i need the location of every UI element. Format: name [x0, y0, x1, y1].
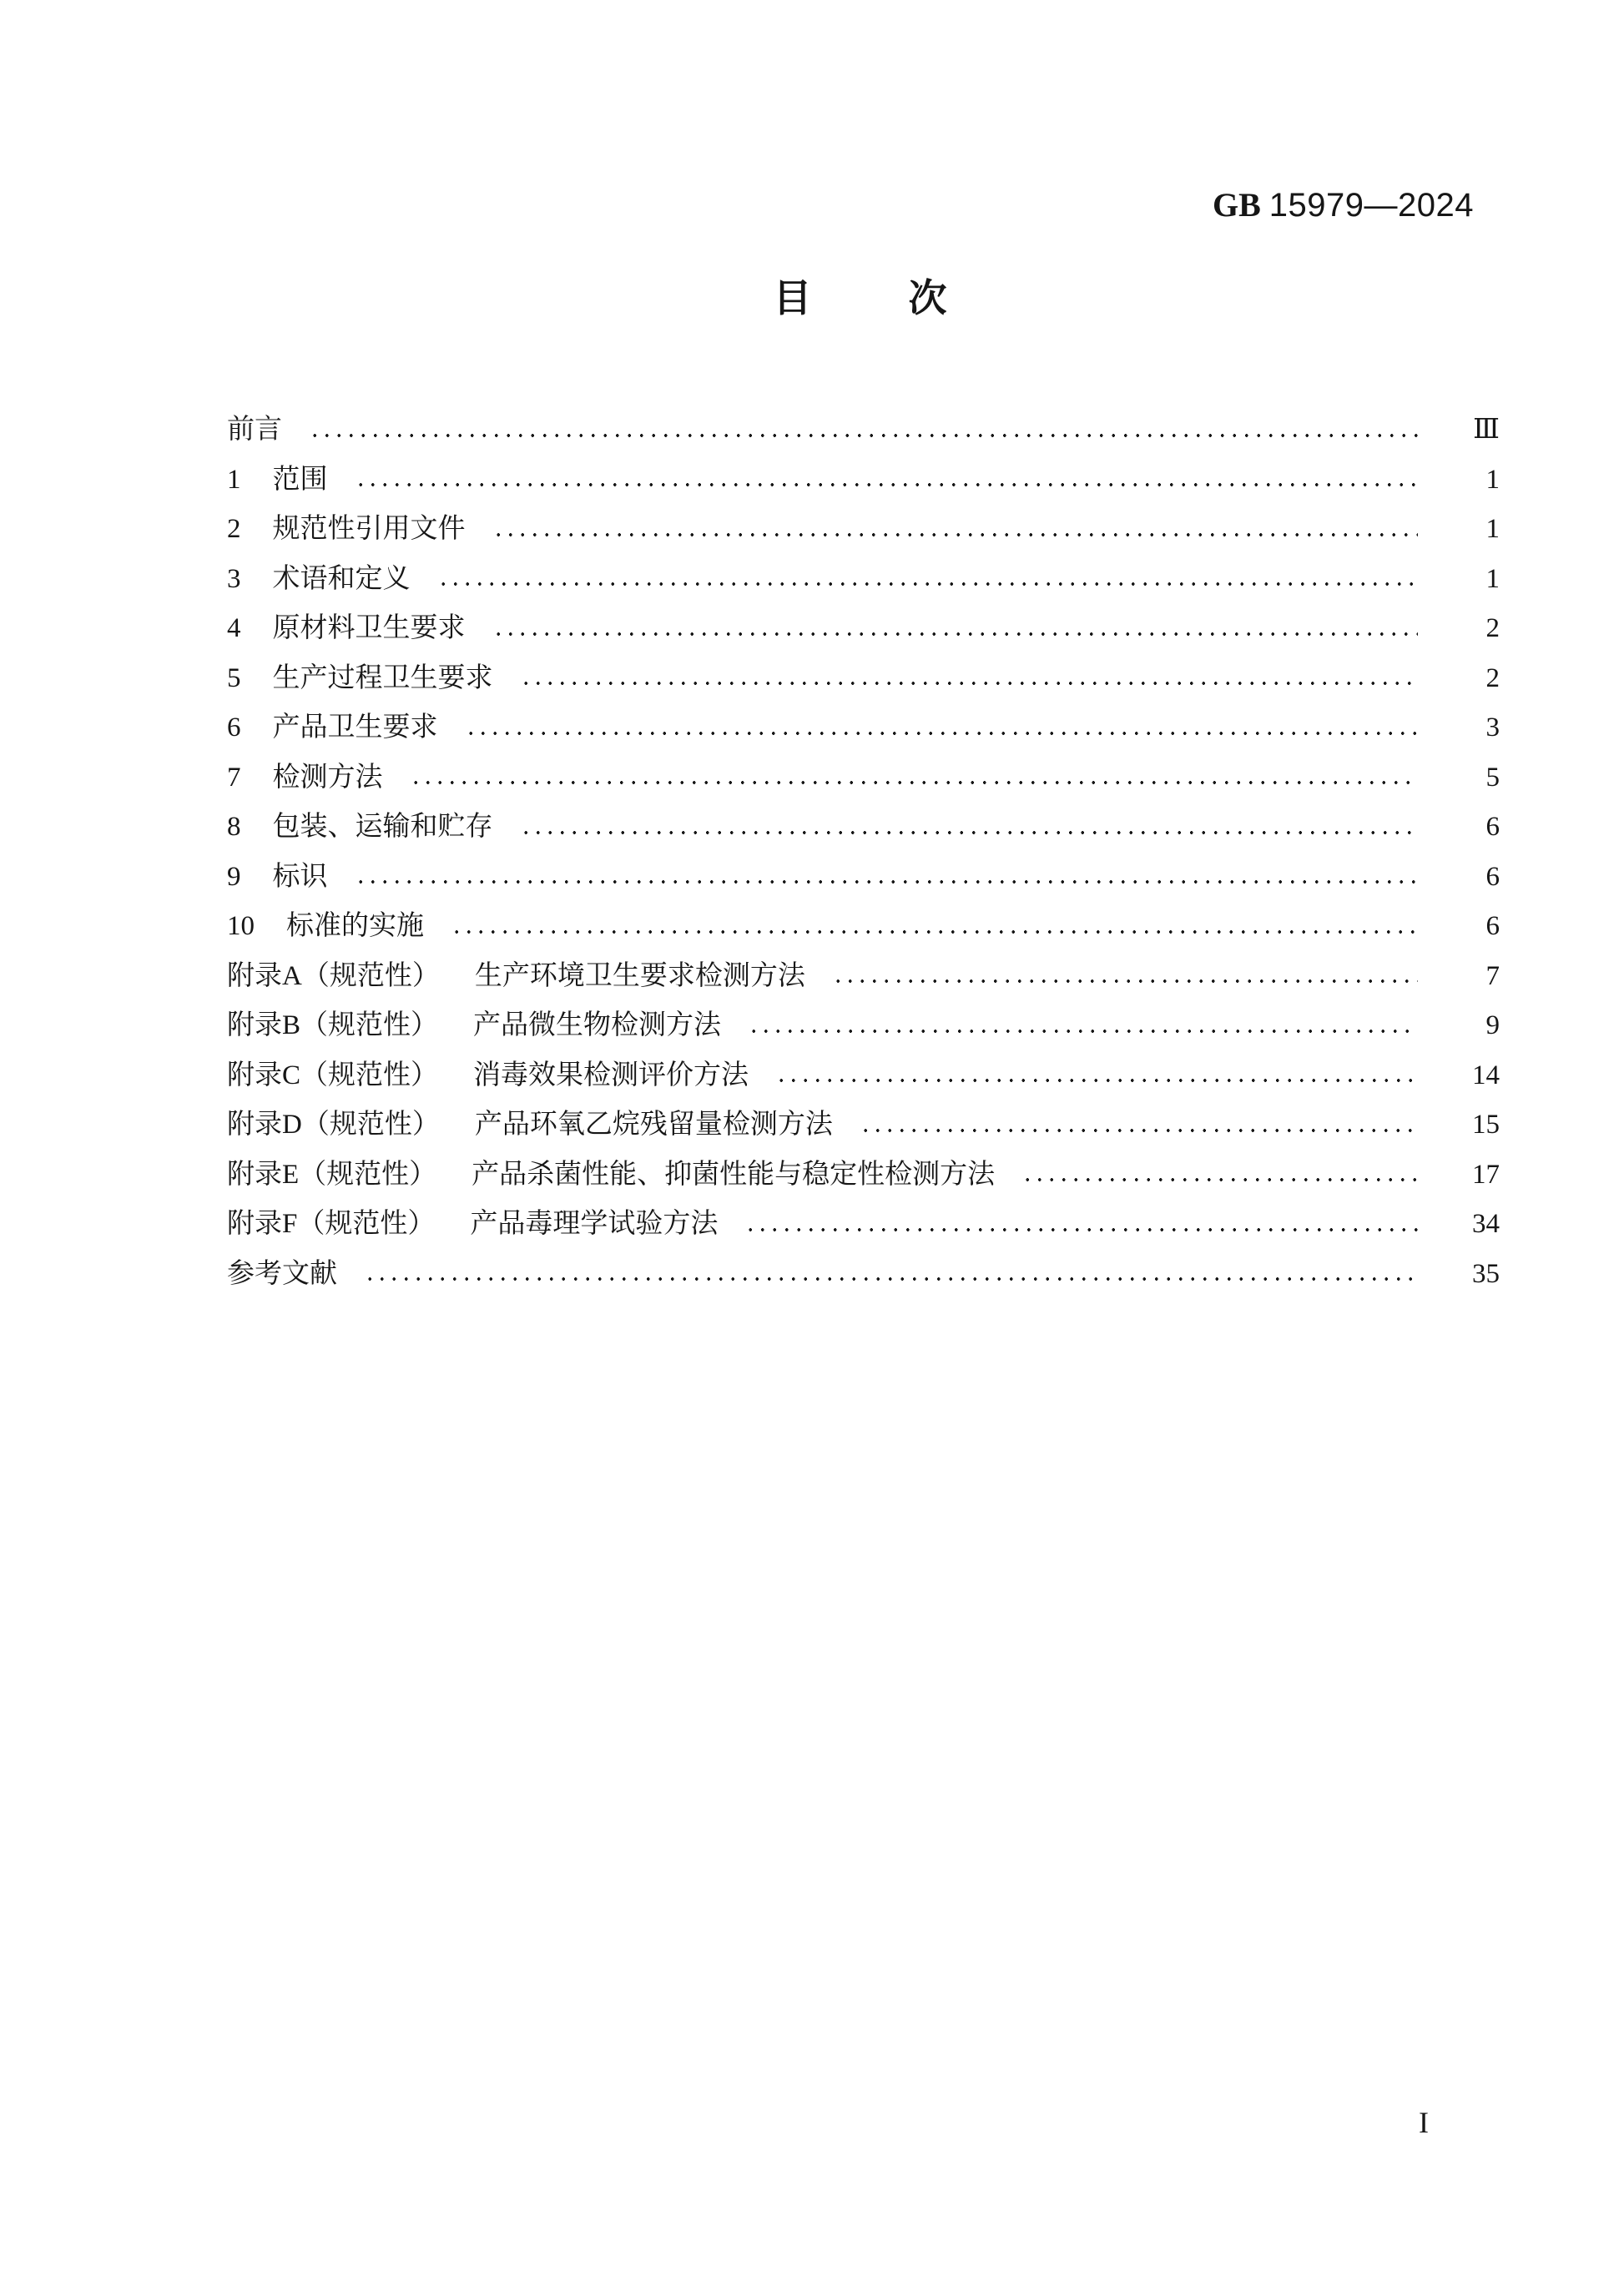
toc-entry: 附录D （规范性） 产品环氧乙烷残留量检测方法 15	[227, 1100, 1500, 1151]
dot-leader	[860, 1100, 1418, 1151]
toc-entry-page: 6	[1440, 864, 1500, 891]
toc-entry-title: 标准的实施	[286, 913, 424, 940]
standard-code-prefix: GB	[1213, 186, 1261, 224]
dot-leader	[520, 654, 1419, 704]
dot-leader	[451, 902, 1418, 952]
toc-entry-page: 5	[1440, 764, 1500, 792]
dot-leader	[492, 604, 1419, 654]
dot-leader	[775, 1051, 1418, 1101]
toc-entry-number: 2	[227, 516, 241, 543]
toc-entry-page: 34	[1440, 1211, 1500, 1238]
toc-entry-page: 2	[1440, 615, 1500, 642]
toc-entry-page: 7	[1440, 963, 1500, 990]
toc-entry: 附录F （规范性） 产品毒理学试验方法 34	[227, 1200, 1500, 1250]
toc-entry: 8 包装、运输和贮存 6	[227, 803, 1500, 853]
toc-entry-number: 附录A	[227, 963, 302, 990]
toc-entry-title: 生产过程卫生要求	[273, 665, 493, 692]
toc-entry: 附录E （规范性） 产品杀菌性能、抑菌性能与稳定性检测方法 17	[227, 1151, 1500, 1201]
toc-entry-annotation: （规范性）	[299, 1161, 436, 1189]
toc-entry-annotation: （规范性）	[302, 963, 440, 990]
toc-entry-title: 产品微生物检测方法	[473, 1012, 721, 1040]
toc-entry-number: 附录F	[227, 1211, 297, 1238]
toc-entry-page: 1	[1440, 566, 1500, 593]
toc-entry-page: 1	[1440, 516, 1500, 543]
toc-entry-page: 9	[1440, 1012, 1500, 1040]
toc-entry-title: 参考文献	[227, 1261, 337, 1288]
toc-entry-number: 8	[227, 813, 241, 841]
toc-entry-annotation: （规范性）	[302, 1111, 440, 1139]
toc-entry-page: 17	[1440, 1161, 1500, 1189]
document-page: GB15979—2024 目 次 前言 Ⅲ 1 范围 1 2 规范性引用文件 1…	[0, 0, 1624, 2296]
toc-entry-annotation: （规范性）	[297, 1211, 435, 1238]
toc-entry-page: 35	[1440, 1261, 1500, 1288]
toc-entry-number: 附录B	[227, 1012, 300, 1040]
toc-entry-number: 附录E	[227, 1161, 299, 1189]
toc-entry: 7 检测方法 5	[227, 753, 1500, 803]
toc-entry-title: 规范性引用文件	[273, 516, 466, 543]
page-title: 目 次	[227, 275, 1500, 321]
toc-entry-number: 10	[227, 913, 255, 940]
dot-leader	[355, 456, 1419, 506]
toc-entry-title: 原材料卫生要求	[273, 615, 466, 642]
toc-entry-number: 1	[227, 466, 241, 494]
dot-leader	[744, 1200, 1418, 1250]
toc-entry: 3 术语和定义 1	[227, 555, 1500, 605]
toc-entry-page: 3	[1440, 714, 1500, 742]
dot-leader	[437, 555, 1419, 605]
toc-entry-title: 检测方法	[273, 764, 383, 792]
dot-leader	[355, 853, 1419, 903]
toc-entry-page: 6	[1440, 913, 1500, 940]
toc-entry-page: 14	[1440, 1062, 1500, 1090]
standard-code-number: 15979—2024	[1269, 187, 1474, 224]
toc-entry: 前言 Ⅲ	[227, 405, 1500, 456]
toc-entry-title: 生产环境卫生要求检测方法	[475, 963, 805, 990]
toc-entry: 2 规范性引用文件 1	[227, 505, 1500, 555]
toc-entry: 5 生产过程卫生要求 2	[227, 654, 1500, 704]
dot-leader	[492, 505, 1419, 555]
dot-leader	[832, 952, 1418, 1002]
toc-entry-title: 消毒效果检测评价方法	[473, 1062, 749, 1090]
dot-leader	[520, 803, 1419, 853]
dot-leader	[748, 1001, 1418, 1051]
toc-entry: 附录C （规范性） 消毒效果检测评价方法 14	[227, 1051, 1500, 1101]
dot-leader	[465, 703, 1419, 753]
toc-entry-title: 标识	[273, 864, 328, 891]
toc-entry-title: 术语和定义	[273, 566, 411, 593]
toc-entry-number: 3	[227, 566, 241, 593]
toc-list: 前言 Ⅲ 1 范围 1 2 规范性引用文件 1 3 术语和定义 1 4 原材料卫…	[227, 405, 1500, 1299]
toc-entry-page: 6	[1440, 813, 1500, 841]
toc-entry-number: 9	[227, 864, 241, 891]
toc-entry-title: 产品卫生要求	[273, 714, 438, 742]
toc-entry-title: 产品毒理学试验方法	[470, 1211, 718, 1238]
dot-leader	[1021, 1151, 1418, 1201]
toc-entry: 4 原材料卫生要求 2	[227, 604, 1500, 654]
toc-entry-page: 1	[1440, 466, 1500, 494]
dot-leader	[410, 753, 1419, 803]
toc-entry: 6 产品卫生要求 3	[227, 703, 1500, 753]
toc-entry-page: 15	[1440, 1111, 1500, 1139]
dot-leader	[364, 1250, 1418, 1300]
toc-entry-title: 范围	[273, 466, 328, 494]
standard-code: GB15979—2024	[1213, 189, 1474, 222]
toc-entry-number: 附录D	[227, 1111, 302, 1139]
toc-entry: 参考文献 35	[227, 1250, 1500, 1300]
toc-entry: 10 标准的实施 6	[227, 902, 1500, 952]
toc-entry-title: 产品杀菌性能、抑菌性能与稳定性检测方法	[472, 1161, 995, 1189]
dot-leader	[309, 405, 1418, 456]
toc-entry-number: 6	[227, 714, 241, 742]
toc-entry: 附录A （规范性） 生产环境卫生要求检测方法 7	[227, 952, 1500, 1002]
toc-entry-number: 7	[227, 764, 241, 792]
toc-entry-page: Ⅲ	[1440, 416, 1500, 444]
toc-entry-number: 4	[227, 615, 241, 642]
toc-entry-title: 包装、运输和贮存	[273, 813, 493, 841]
page-number-footer: I	[1419, 2107, 1429, 2137]
toc-entry: 9 标识 6	[227, 853, 1500, 903]
toc-entry-title: 前言	[227, 416, 282, 444]
toc-entry-page: 2	[1440, 665, 1500, 692]
toc-entry: 附录B （规范性） 产品微生物检测方法 9	[227, 1001, 1500, 1051]
toc-entry-number: 附录C	[227, 1062, 300, 1090]
toc-entry-annotation: （规范性）	[300, 1012, 438, 1040]
toc-entry: 1 范围 1	[227, 456, 1500, 506]
toc-entry-annotation: （规范性）	[300, 1062, 438, 1090]
toc-entry-number: 5	[227, 665, 241, 692]
toc-entry-title: 产品环氧乙烷残留量检测方法	[475, 1111, 833, 1139]
